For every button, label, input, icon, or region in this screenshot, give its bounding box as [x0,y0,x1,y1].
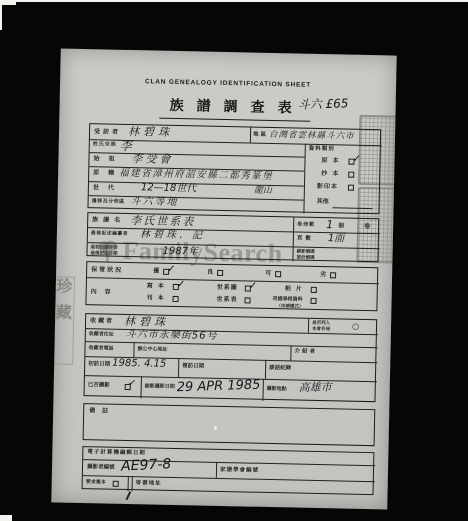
owner-address-value: 斗六市永樂街56号 [126,330,218,342]
white-speck [214,426,217,430]
remarks-label: 備註 [89,408,115,415]
seal-stamp-left: 珍藏 [51,276,75,365]
compiler-value: 林碧珠．記 [140,230,205,241]
area-value: 台灣省雲林縣斗六市 [269,131,355,141]
page-count-value: 1面 [328,234,345,244]
compiler-label: 最後記述編纂者 [91,232,128,238]
contents-label: 內容 [91,289,119,296]
owner-phone-label: 收藏者電話 [88,346,113,352]
material-photocopy-checkbox [348,185,354,191]
volume-count-value: 1 [326,219,333,230]
condition-poor-label: 劣 [320,272,326,278]
content-print-checkbox [173,296,179,302]
filmed-label: 已否攝影 [88,383,110,389]
content-photo-checkbox [311,287,317,293]
first-ancestor-value: 李受會 [131,153,173,165]
material-original-tick: ✓ [352,155,361,165]
part-number-label: 部份號碼 [296,256,314,261]
origin-hall-note: 龍山 [254,187,272,196]
filming-place-label: 攝影地點 [267,387,287,392]
film-edge-topleft [0,0,16,5]
area-label: 地區 [253,133,268,139]
condition-good-label: 良 [207,270,213,276]
clan-label: 姓氏宗族 [93,142,117,148]
content-roots-checkbox [310,298,316,304]
material-copy-checkbox [348,172,354,178]
content-pedigree-table-label: 世系表 [216,297,237,303]
condition-poor-checkbox [330,272,336,278]
filming-date-label: 縮影攝影日期 [145,384,175,390]
office-address-label: 辦公中心地址 [137,347,167,353]
listed-value-mark: ○ [352,323,359,331]
condition-excellent-label: 優 [153,269,159,275]
first-ancestor-label: 始祖 [93,156,123,163]
material-original-label: 原本 [321,158,343,164]
form-title-chinese: 族譜調查表 [159,95,310,122]
microfilm-frame: CLAN GENEALOGY IDENTIFICATION SHEET 族譜調查… [0,0,468,521]
owner-value: 林碧珠 [124,316,169,328]
page-count-label: 頁數 [297,237,314,243]
visit-record-label: 談話紀錄 [269,366,291,372]
owner-table: 收藏者 林碧珠 是否列入 本會名冊 ○ 收藏者住址 斗六市永樂街56号 收藏者電… [84,313,378,402]
condition-fair-label: 可 [265,271,271,277]
content-pedigree-table-checkbox [244,297,250,303]
interviewee-label: 受訪者 [94,129,121,136]
film-edge-top [0,0,468,2]
material-other-label: 其他 [317,199,329,205]
first-visit-value: 1985. 4.15 [112,359,166,370]
film-edge-topright [456,0,468,2]
interviewee-value: 林碧珠 [128,126,173,138]
volume-unit-ce: 冊 [338,223,344,229]
stray-pen-mark [126,491,131,500]
remarks-box: 備註 [83,403,376,446]
generation-value: 12—18世代 [141,183,197,194]
photographer-number-label: 攝影者編號 [87,465,115,471]
computer-edit-date-label: 電子計算機編輯日期 [87,450,146,457]
filming-date-value: 29 APR 1985 [177,379,261,395]
listed-label-line2: 本會名冊 [312,327,330,332]
first-visit-label: 初訪日期 [88,362,110,368]
origin-value: 福建省漳州府詔安縣二都秀篆堡 [119,169,273,182]
content-roots-label: 祖國尋根資料 [273,297,303,303]
condition-table: 保管狀況 優 ✓ 良 可 劣 內容 寫本 ✓ 世系圖 ✓ 相片 刊本 世系表 祖… [85,261,378,311]
copy-request-label: 要求複本 [86,480,106,485]
film-edge-left [0,0,2,30]
last-record-label: 最後記述日期 [90,251,117,256]
photographer-number-value: AE97-8 [121,457,172,473]
introducer-label: 介紹者 [294,349,317,355]
copy-request-checkbox [113,481,119,487]
genealogy-name-label: 族譜名 [92,217,125,224]
migration-label: 遷移及分佈區 [92,199,125,205]
condition-excellent-tick: ✓ [167,265,176,275]
genealogy-name-value: 李氏世系表 [130,215,195,227]
content-roots-note: （申請樣式） [276,304,303,309]
content-print-label: 刊本 [147,295,169,301]
content-manuscript-label: 寫本 [147,283,169,289]
film-edge-bottomleft [0,515,12,521]
admin-box: 電子計算機編輯日期 攝影者編號 AE97-8 家譜學會編號 要求複本 寄書地址 [82,446,375,495]
filming-place-value: 高雄市 [299,382,332,393]
content-pedigree-chart-tick: ✓ [249,282,258,292]
content-manuscript-tick: ✓ [177,280,186,290]
volume-unit-juan: 卷 [364,224,370,230]
form-title-english: CLAN GENEALOGY IDENTIFICATION SHEET [60,77,396,91]
migration-value: 斗六等地 [130,197,178,208]
material-copy-label: 抄本 [321,171,343,177]
genealogy-table: 族譜名 李氏世系表 卷冊數 1 冊 卷 最後記述編纂者 林碧珠．記 頁數 1面 … [86,212,379,262]
material-type-header: 資料類別 [309,147,335,153]
scanned-form-paper: CLAN GENEALOGY IDENTIFICATION SHEET 族譜調查… [51,49,396,510]
society-number-label: 家譜學會編號 [220,468,259,474]
material-photocopy-label: 影印本 [317,184,338,190]
generation-label: 世代 [93,185,123,192]
condition-good-checkbox [217,270,223,276]
owner-label: 收藏者 [90,318,114,325]
material-other-writein-line [333,207,373,209]
clan-value: 李 [120,140,132,152]
publication-year-value: 1987年 [162,247,198,258]
revisit-label: 複訪日期 [182,364,204,370]
condition-label: 保管狀況 [91,267,123,274]
condition-fair-checkbox [275,271,281,277]
handwritten-corner-note: 斗六 £65 [298,97,349,111]
content-pedigree-chart-label: 世系圖 [217,285,238,291]
volume-count-label: 卷冊數 [297,223,315,228]
mailing-address-label: 寄書地址 [136,481,162,487]
owner-address-label: 收藏者住址 [89,332,114,338]
content-photo-label: 相片 [285,286,307,292]
identity-table: 受訪者 林碧珠 地區 台灣省雲林縣斗六市 姓氏宗族 李 始祖 李受會 原籍 福建… [87,123,381,214]
filmed-tick: ✓ [127,378,137,389]
